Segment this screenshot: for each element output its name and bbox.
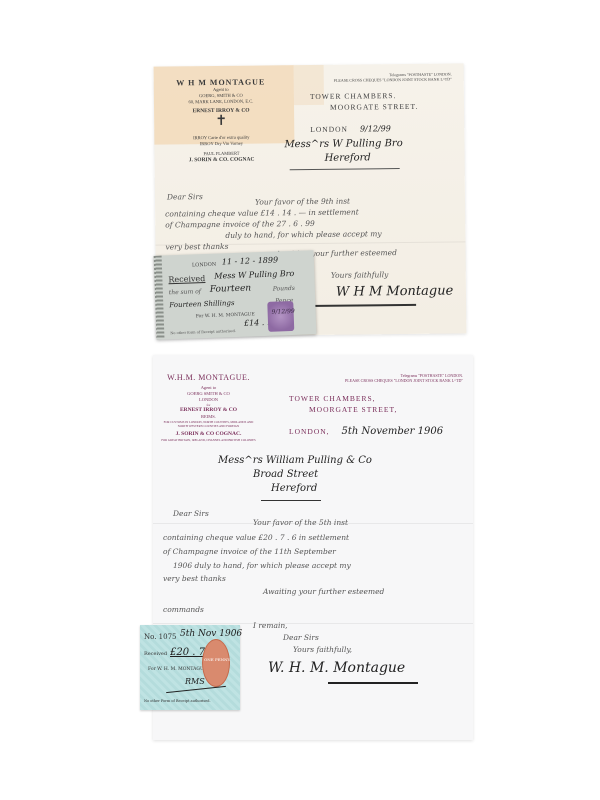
firm-name: ERNEST IRROY & CO <box>161 407 256 414</box>
salutation: Dear Sirs <box>173 509 209 518</box>
address-line: TOWER CHAMBERS, <box>283 393 463 404</box>
address-line: MOORGATE STREET. <box>302 101 452 114</box>
body-line: Your favor of the 9th inst <box>255 197 350 207</box>
letterhead-right: Telegrams "POSTHASTE" LONDON. PLEASE CRO… <box>302 72 453 138</box>
receipt-1899: LONDON 11 - 12 - 1899 Received Mess W Pu… <box>154 250 317 340</box>
sum-words: Fourteen <box>210 283 252 294</box>
body-line: Awaiting your further esteemed <box>263 587 384 596</box>
penny-stamp-icon <box>202 639 230 687</box>
payer-name: Mess W Pulling Bro <box>214 269 294 281</box>
body-line: of Champagne invoice of the 11th Septemb… <box>163 547 336 556</box>
signature-stroke <box>166 686 226 693</box>
received-label: Received <box>168 274 205 284</box>
body-line: containing cheque value £14 . 14 . — in … <box>165 207 359 218</box>
closing: Yours faithfully, <box>293 645 352 654</box>
body-line: duly to hand, for which please accept my <box>225 229 381 240</box>
underline <box>261 500 321 501</box>
recipient-line: Hereford <box>325 152 371 163</box>
signature: W H M Montague <box>336 284 453 300</box>
recipient-line: Hereford <box>271 483 317 494</box>
recipient-line: Mess^rs W Pulling Bro <box>284 138 402 150</box>
firm-address: 60, MARK LANE, LONDON, E.C. <box>162 98 280 105</box>
closing: Yours faithfully <box>331 270 389 280</box>
stamp-cancel-date: 9/12/99 <box>272 308 295 316</box>
body-line: very best thanks <box>165 242 228 252</box>
pounds-label: Pounds <box>273 285 295 293</box>
body-line: very best thanks <box>163 574 226 583</box>
receipt-city: LONDON <box>192 262 216 269</box>
receipt-initials: RMS <box>185 677 205 686</box>
body-line: 1906 duly to hand, for which please acce… <box>173 561 351 570</box>
body-line: of Champagne invoice of the 27 . 6 . 99 <box>165 219 315 230</box>
cross-emblem-icon: ✝ <box>162 114 280 129</box>
signature-underline <box>328 682 418 684</box>
cheques-line: PLEASE CROSS CHEQUES "LONDON JOINT STOCK… <box>302 77 452 84</box>
receipt-footer: No other form of Receipt authorised. <box>170 329 236 335</box>
letter-date: 9/12/99 <box>360 124 391 133</box>
signature-underline <box>306 304 416 307</box>
letterhead-right: Telegrams "POSTHASTE" LONDON. PLEASE CRO… <box>283 373 463 439</box>
revenue-stamp-icon <box>267 301 294 332</box>
salutation: Dear Sirs <box>167 192 203 201</box>
body-line: commands <box>163 605 204 614</box>
received-label: Received <box>144 651 167 657</box>
receipt-date: 11 - 12 - 1899 <box>222 255 279 266</box>
recipient-line: Broad Street <box>253 469 318 480</box>
paper-fold <box>153 623 473 624</box>
firm-note: FOR GREAT BRITAIN, IRELAND, CHANNEL AND … <box>161 438 256 442</box>
firm-name: J. SORIN & CO COGNAC. <box>161 431 256 438</box>
receipt-border <box>154 256 165 340</box>
closing: Dear Sirs <box>283 633 319 642</box>
firm-name: J. SORIN & CO. COGNAC <box>163 156 281 164</box>
receipt-footer: No other Form of Receipt authorised. <box>144 699 211 703</box>
stamp-text: ONE PENNY <box>204 657 230 662</box>
closing: I remain, <box>253 621 288 630</box>
body-line: containing cheque value £20 . 7 . 6 in s… <box>163 533 349 542</box>
letter-date: 5th November 1906 <box>342 426 444 437</box>
company-name: W.H.M. MONTAGUE. <box>161 373 256 382</box>
shillings-words: Fourteen Shillings <box>169 299 234 309</box>
receipt-1906: No. 1075 5th Nov 1906 Received £20 . 7 .… <box>140 625 240 710</box>
cheques-line: PLEASE CROSS CHEQUES "LONDON JOINT STOCK… <box>283 378 463 383</box>
letterhead-left: W.H.M. MONTAGUE. Agent to GOERG SMITH & … <box>161 373 256 442</box>
address-line: MOORGATE STREET, <box>283 404 463 415</box>
for-label: For W. H. M. MONTAGUE <box>148 667 207 672</box>
underline <box>290 168 400 170</box>
firm-note: FOR CUSTOMS IN LONDON, NORTH COUNTIES, M… <box>161 420 256 428</box>
city-line: LONDON, <box>289 427 330 436</box>
city-line: LONDON <box>310 125 348 134</box>
recipient-line: Mess^rs William Pulling & Co <box>218 455 372 466</box>
sum-label: the sum of <box>169 288 201 296</box>
body-line: Your favor of the 5th inst <box>253 518 348 527</box>
receipt-number: No. 1075 <box>144 633 176 641</box>
receipt-date: 5th Nov 1906 <box>180 629 242 639</box>
letterhead-left: W H M MONTAGUE Agent to GOERG, SMITH & C… <box>162 77 281 164</box>
signature: W. H. M. Montague <box>268 660 405 676</box>
firm-note: IRROY Dry Vin Varney <box>162 140 280 147</box>
